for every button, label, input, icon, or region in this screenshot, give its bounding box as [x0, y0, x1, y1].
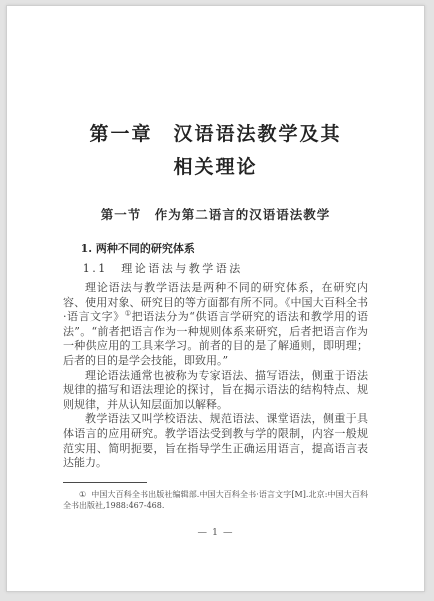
paragraph-3: 教学语法又叫学校语法、规范语法、课堂语法，侧重于具体语言的应用研究。教学语法受到…	[63, 412, 368, 470]
footnote-text: ①中国大百科全书出版社编辑部.中国大百科全书·语言文字[M].北京:中国大百科全…	[63, 490, 368, 511]
footnote-citation: 中国大百科全书出版社编辑部.中国大百科全书·语言文字[M].北京:中国大百科全书…	[63, 490, 368, 510]
paragraph-1: 理论语法与教学语法是两种不同的研究体系，在研究内容、使用对象、研究目的等方面都有…	[63, 281, 368, 369]
heading-1-1: 1.1 理论语法与教学语法	[63, 262, 368, 276]
heading-1: 1. 两种不同的研究体系	[63, 242, 368, 256]
page-number: — 1 —	[7, 527, 424, 538]
footnote-area: ①中国大百科全书出版社编辑部.中国大百科全书·语言文字[M].北京:中国大百科全…	[63, 482, 368, 511]
book-page: 第一章 汉语语法教学及其相关理论 第一节 作为第二语言的汉语语法教学 1. 两种…	[6, 5, 425, 592]
chapter-title-line1: 第一章 汉语语法教学及其	[89, 123, 341, 145]
chapter-title-line2: 相关理论	[173, 156, 257, 178]
paragraph-2: 理论语法通常也被称为专家语法、描写语法，侧重于语法规律的描写和语法理论的探讨，旨…	[63, 369, 368, 413]
footnote-marker: ①	[79, 490, 86, 499]
section-title: 第一节 作为第二语言的汉语语法教学	[63, 207, 368, 222]
chapter-title: 第一章 汉语语法教学及其相关理论	[63, 118, 368, 184]
page-background: 第一章 汉语语法教学及其相关理论 第一节 作为第二语言的汉语语法教学 1. 两种…	[0, 0, 434, 601]
footnote-reference: ①	[125, 310, 132, 318]
footnote-separator	[63, 482, 147, 483]
